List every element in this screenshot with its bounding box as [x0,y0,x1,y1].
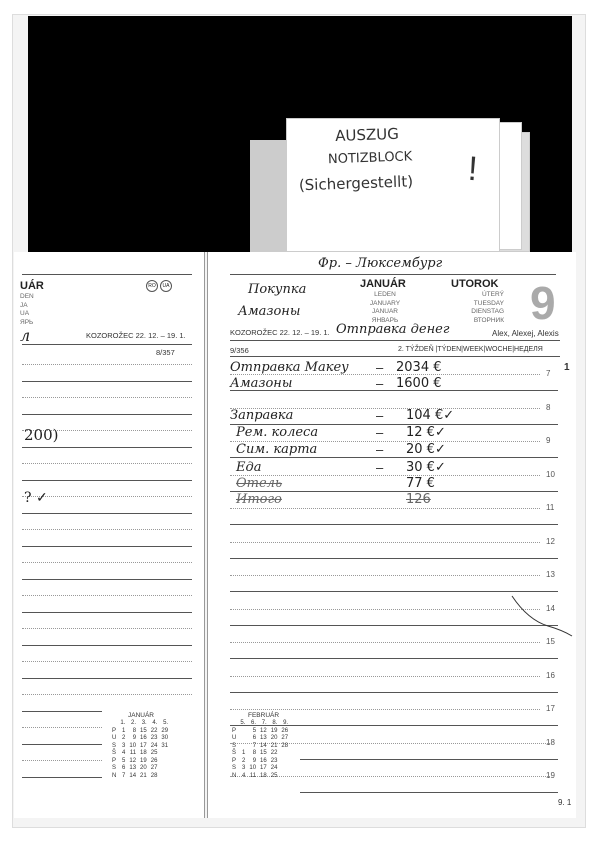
calendar-date: 28 [279,743,290,751]
entry-amount: 30 €✓ [406,460,446,475]
weekday-initial: Š [110,750,118,758]
entry-dash: – [376,376,383,391]
weekday-initial: P [230,758,238,766]
week-number: 1. [118,720,127,728]
rule [230,709,540,710]
lang-line: TUESDAY [448,300,504,309]
calendar-date: 12 [127,758,138,766]
weekday-initial: S [230,743,238,751]
calendar-date: 3 [118,743,127,751]
week-number: 4. [149,720,160,728]
rule [230,692,558,693]
zodiac-label: KOZOROŽEC 22. 12. – 19. 1. [86,331,186,340]
calendar-date [238,735,247,743]
rule [230,457,558,458]
calendar-date: 3 [238,765,247,773]
mini-calendar-title: FEBRUÁR [248,712,290,719]
calendar-date [279,765,290,773]
rule [22,645,192,646]
rule [230,274,556,275]
rule [230,524,558,525]
lang-line: DIENSTAG [448,308,504,317]
handwriting-fragment: л [20,326,30,345]
calendar-date: 8 [247,750,258,758]
calendar-date: 4 [238,773,247,781]
margin-mark: 1 [564,362,570,373]
calendar-date: 10 [127,743,138,751]
calendar-date [279,758,290,766]
calendar-date: 23 [269,758,280,766]
handwriting-location: Фр. – Люксембург [318,256,442,271]
weekday-title: UTOROK [451,278,498,290]
calendar-date: 11 [247,773,258,781]
calendar-date [159,773,170,781]
rule [22,612,192,613]
weekday-initial: N [230,773,238,781]
rule [22,529,192,530]
calendar-date: 16 [258,758,269,766]
rule [22,513,192,514]
rule [22,727,102,728]
calendar-date [238,743,247,751]
calendar-date: 31 [159,743,170,751]
calendar-date: 6 [118,765,127,773]
left-planner-page: UÁR ROUA DEN JA UA ЯРЬ л KOZOROŽEC 22. 1… [14,252,205,818]
calendar-date: 5 [118,758,127,766]
calendar-date: 26 [149,758,160,766]
handwriting-check: ? ✓ [24,490,48,506]
calendar-date: 5 [247,728,258,736]
hour-label: 8 [546,403,550,412]
lang-line: DEN [20,293,34,302]
entry-label: Заправка [230,408,293,423]
rule [22,711,102,712]
week-number: 2. [127,720,138,728]
rule [230,356,560,357]
calendar-date: 29 [159,728,170,736]
entry-label: Итого [236,492,282,507]
calendar-date: 27 [279,735,290,743]
calendar-date: 15 [258,750,269,758]
calendar-date: 17 [138,743,149,751]
right-planner-page: Фр. – Люксембург Покупка Амазоны JANUÁR … [207,252,576,818]
zodiac-label: KOZOROŽEC 22. 12. – 19. 1. [230,328,330,337]
rule [22,628,192,629]
rule [22,414,192,415]
month-translations: LEDEN JANUARY JANUAR ЯНВАРЬ [356,291,414,325]
calendar-date: 21 [138,773,149,781]
mini-calendar-title: JANUÁR [128,712,170,719]
day-of-year: 8/357 [156,348,175,357]
rule [22,744,102,745]
handwriting-amount: 200) [24,426,58,444]
calendar-date: 2 [238,758,247,766]
day-of-year: 9/356 [230,346,249,355]
pen-stroke [508,592,578,642]
hour-label: 9 [546,436,550,445]
calendar-date: 10 [247,765,258,773]
rule [22,463,192,464]
rule [22,364,192,365]
rule [230,642,540,643]
mini-calendar-january: JANUÁR 1.2.3.4.5.P18152229U29162330S3101… [110,712,170,780]
week-number: 8. [269,720,280,728]
badge-ua-icon: UA [160,280,172,292]
week-number: 5. [159,720,170,728]
calendar-date [279,750,290,758]
lang-line: JA [20,302,34,311]
month-translations: DEN JA UA ЯРЬ [20,293,34,327]
hour-label: 17 [546,704,555,713]
entry-label: Сим. карта [236,442,317,457]
calendar-date: 26 [279,728,290,736]
calendar-date: 15 [138,728,149,736]
hour-label: 13 [546,570,555,579]
calendar-date: 9 [127,735,138,743]
rule [230,609,540,610]
calendar-date: 1 [238,750,247,758]
calendar-date: 6 [247,735,258,743]
hour-label: 12 [546,537,555,546]
calendar-date: 13 [127,765,138,773]
footer-date: 9. 1 [558,798,571,807]
calendar-date: 22 [149,728,160,736]
calendar-date: 20 [269,735,280,743]
sticky-note-text: AUSZUG NOTIZBLOCK (Sichergestellt) [297,119,489,198]
calendar-date: 23 [149,735,160,743]
weekday-initial: P [230,728,238,736]
calendar-date [279,773,290,781]
calendar-date: 18 [138,750,149,758]
calendar-date [159,750,170,758]
lang-line: UA [20,310,34,319]
calendar-date: 28 [149,773,160,781]
day-number: 9 [530,276,556,330]
entry-amount: 104 €✓ [406,408,454,423]
calendar-date: 24 [149,743,160,751]
calendar-date: 8 [127,728,138,736]
rule [230,508,540,509]
week-number: 7. [258,720,269,728]
month-title: UÁR [20,280,44,292]
badge-ro-icon: RO [146,280,158,292]
calendar-date [159,758,170,766]
calendar-date: 24 [269,765,280,773]
calendar-date: 20 [138,765,149,773]
rule [22,447,192,448]
entry-dash: – [376,425,383,440]
weekday-initial: U [110,735,118,743]
calendar-date: 30 [159,735,170,743]
week-label: 2. TÝŽDEŇ |TÝDEN|WEEK|WOCHE|НЕДЕЛЯ [398,346,543,353]
rule [22,546,192,547]
entry-amount: 12 €✓ [406,425,446,440]
month-title: JANUÁR [360,278,406,290]
rule [22,397,192,398]
calendar-date: 2 [118,735,127,743]
entry-amount: 77 € [406,476,435,491]
calendar-date: 14 [127,773,138,781]
rule [22,595,192,596]
calendar-date: 14 [258,743,269,751]
rule [300,759,558,760]
calendar-date: 19 [138,758,149,766]
language-badges: ROUA [144,280,172,292]
rule [300,792,558,793]
entry-label: Еда [236,460,261,475]
week-number: 5. [238,720,247,728]
rule [22,777,102,778]
hour-label: 7 [546,369,550,378]
calendar-date: 11 [127,750,138,758]
entry-label: Амазоны [230,376,292,391]
weekday-initial: N [110,773,118,781]
calendar-date: 12 [258,728,269,736]
rule [230,658,558,659]
entry-amount: 20 €✓ [406,442,446,457]
weekday-initial: S [110,765,118,773]
rule [22,480,192,481]
lang-line: JANUARY [356,300,414,309]
entry-dash: – [376,460,383,475]
rule [22,661,192,662]
rule [22,381,192,382]
calendar-date: 25 [269,773,280,781]
rule [230,575,540,576]
lang-line: JANUAR [356,308,414,317]
weekday-translations: ÚTERÝ TUESDAY DIENSTAG ВТОРНИК [448,291,504,325]
calendar-date: 18 [258,773,269,781]
calendar-date [159,765,170,773]
lang-line: LEDEN [356,291,414,300]
handwriting-money-transfer: Отправка денег [336,322,449,337]
weekday-initial: P [110,728,118,736]
entry-dash: – [376,408,383,423]
weekday-initial: S [110,743,118,751]
mini-calendar-february: FEBRUÁR 5.6.7.8.9.P5121926U6132027S71421… [230,712,290,780]
calendar-date: 25 [149,750,160,758]
lang-line: ÚTERÝ [448,291,504,300]
rule [22,760,102,761]
weekday-initial: S [230,765,238,773]
rule [230,676,540,677]
week-number: 9. [279,720,290,728]
entry-label: Рем. колеса [236,425,318,440]
calendar-date: 16 [138,735,149,743]
calendar-date: 17 [258,765,269,773]
calendar-date: 7 [118,773,127,781]
rule [22,274,192,275]
handwriting-purchase: Покупка [248,282,306,297]
rule [22,694,192,695]
hour-label: 11 [546,503,554,512]
hour-label: 16 [546,671,555,680]
rule [22,678,192,679]
weekday-initial: Š [230,750,238,758]
hour-label: 18 [546,738,555,747]
calendar-date: 9 [247,758,258,766]
calendar-date: 22 [269,750,280,758]
calendar-date: 27 [149,765,160,773]
entry-amount: 1600 € [396,376,442,391]
calendar-date: 7 [247,743,258,751]
calendar-date: 13 [258,735,269,743]
hour-label: 10 [546,470,555,479]
lang-line: ВТОРНИК [448,317,504,326]
hour-label: 19 [546,771,555,780]
weekday-initial: P [110,758,118,766]
entry-label: Отправка Макеу [230,360,349,375]
rule [22,344,192,345]
rule [230,542,540,543]
calendar-date: 21 [269,743,280,751]
calendar-date: 19 [269,728,280,736]
name-day: Alex, Alexej, Alexis [492,329,559,338]
rule [230,558,558,559]
week-number: 6. [247,720,258,728]
rule [22,562,192,563]
entry-dash: – [376,360,383,375]
calendar-date [238,728,247,736]
entry-label: Отель [236,476,282,491]
handwriting-amazon: Амазоны [238,304,300,319]
calendar-date: 4 [118,750,127,758]
calendar-date: 1 [118,728,127,736]
rule [22,579,192,580]
entry-amount: 2034 € [396,360,442,375]
entry-dash: – [376,442,383,457]
week-number: 3. [138,720,149,728]
rule [230,340,560,341]
entry-amount: 126 [406,492,431,507]
weekday-initial: U [230,735,238,743]
